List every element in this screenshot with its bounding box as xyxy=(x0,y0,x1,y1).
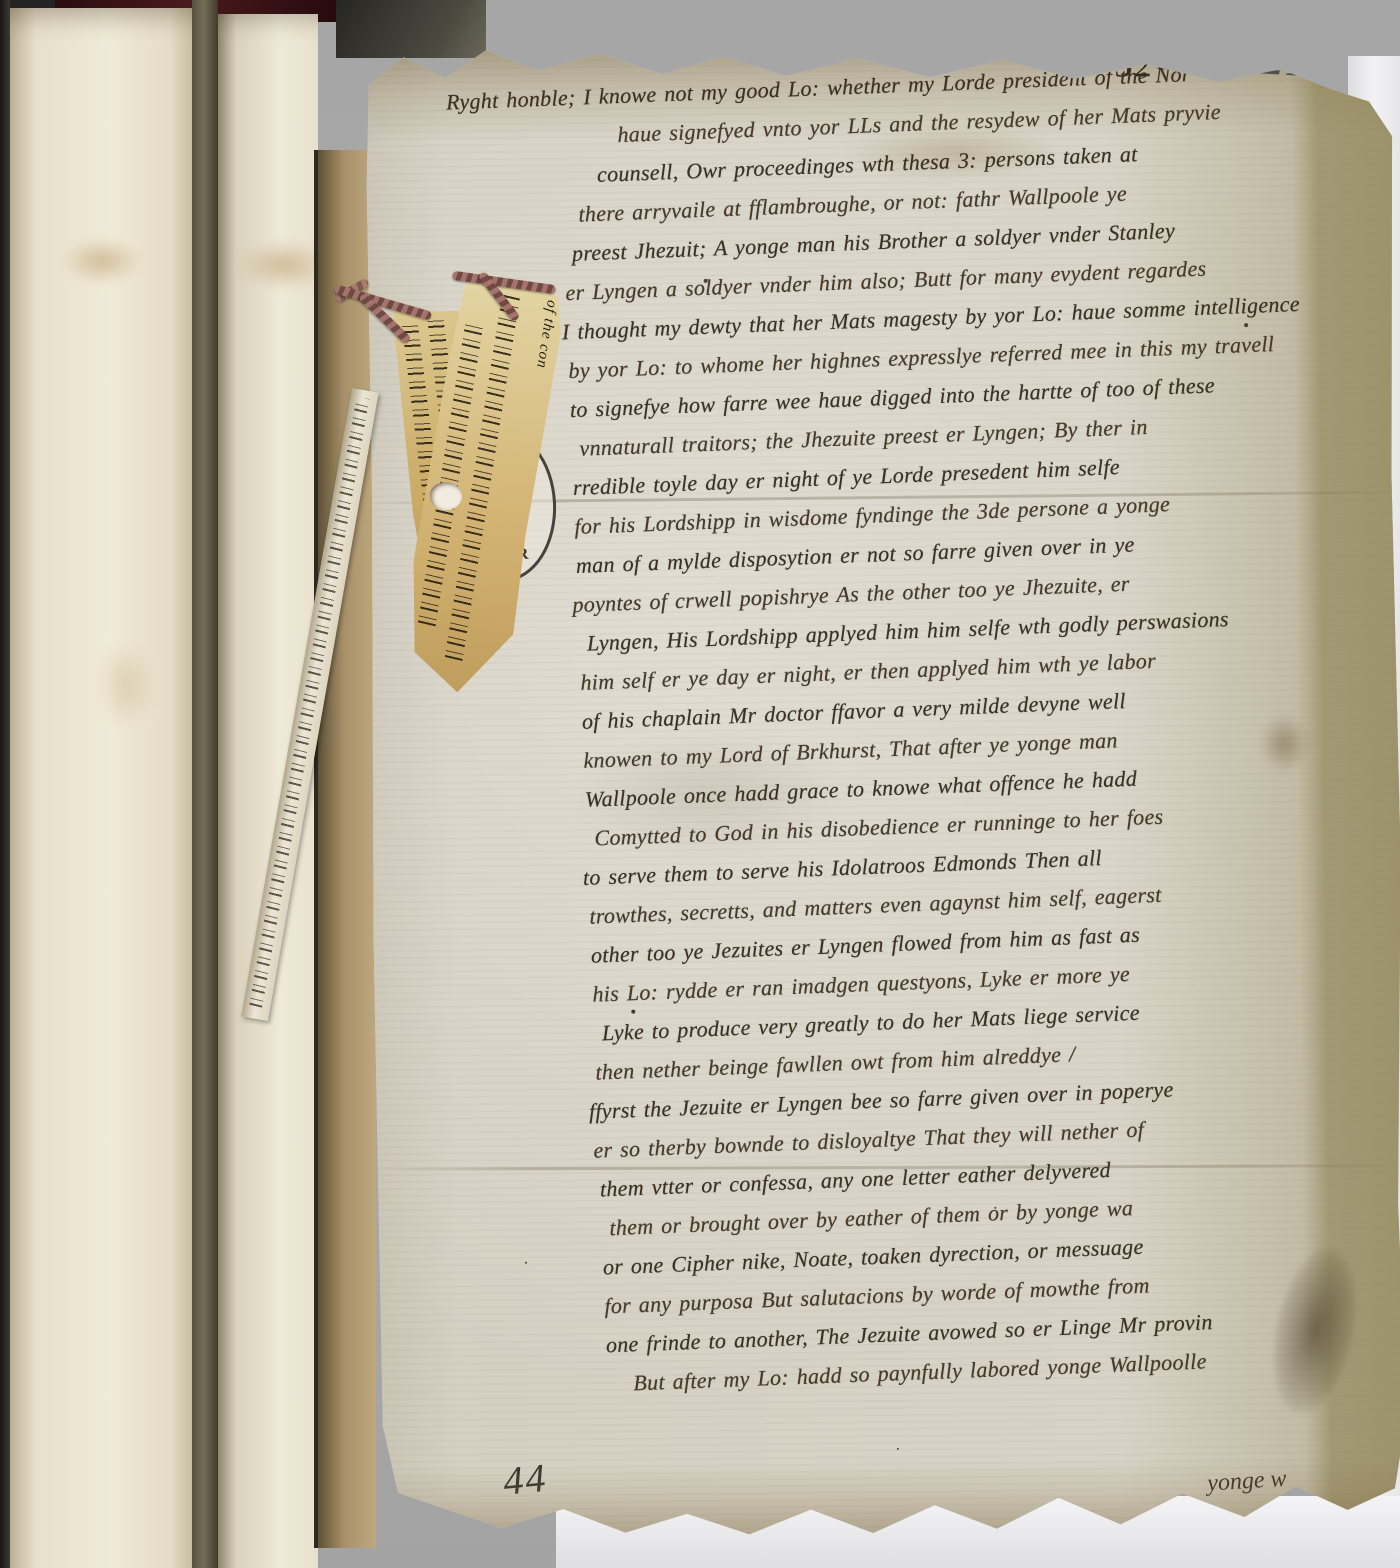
tag-hole xyxy=(429,481,463,512)
gutter-shadow xyxy=(192,0,218,1568)
manuscript-text: Ryght honble; I knowe not my good Lo: wh… xyxy=(558,56,1400,1412)
binding-guard-strip xyxy=(314,150,376,1548)
strikethrough-mark xyxy=(1158,57,1268,70)
page-number-bottom: 44 xyxy=(501,1454,549,1505)
catchword: yonge w xyxy=(1206,1466,1287,1498)
manuscript-photo: 32 19 21 Ryght honble; I knowe not my go… xyxy=(0,0,1400,1568)
tag-fragment-text: of the con xyxy=(532,299,560,370)
paper-stain xyxy=(62,238,142,284)
manuscript-page: 32 19 21 Ryght honble; I knowe not my go… xyxy=(362,23,1400,1548)
book-board-edge xyxy=(0,0,10,1568)
paper-stain xyxy=(96,640,156,730)
binding-gap-shadow xyxy=(336,0,486,58)
